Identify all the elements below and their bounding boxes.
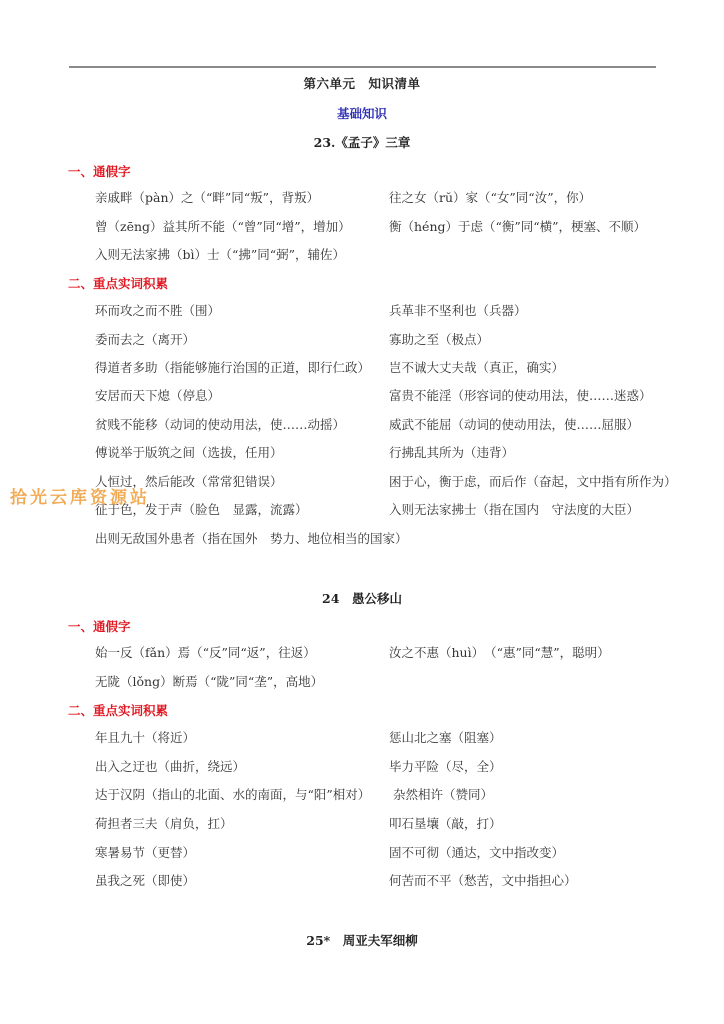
list-item: 入则无法家拂士（指在国内 守法度的大臣） (389, 500, 639, 518)
list-item: 往之女（rŭ）家（“女”同“汝”，你） (389, 188, 591, 206)
list-item: 无陇（lǒng）断焉（“陇”同“垄”，高地） (95, 672, 323, 690)
lesson-heading-25: 25* 周亚夫军细柳 (0, 931, 724, 949)
list-item: 虽我之死（即使） (95, 871, 195, 889)
list-item: 委而去之（离开） (95, 330, 195, 348)
list-item: 何苦而不平（愁苦，文中指担心） (389, 871, 577, 889)
list-item: 贫贱不能移（动词的使动用法，使……动摇） (95, 415, 345, 433)
section-heading: 一、通假字 (68, 617, 131, 635)
list-item: 安居而天下熄（停息） (95, 386, 220, 404)
list-item: 汝之不惠（huì） （“惠”同“慧”，聪明） (389, 643, 610, 661)
section-heading: 一、通假字 (68, 162, 131, 180)
list-item: 曾（zēng）益其所不能（“曾”同“增”，增加） (95, 217, 351, 235)
list-item: 环而攻之而不胜（围） (95, 301, 220, 319)
header-rule (69, 66, 656, 68)
list-item: 行拂乱其所为（违背） (389, 443, 514, 461)
list-item: 威武不能屈（动词的使动用法，使……屈服） (389, 415, 639, 433)
list-item: 固不可彻（通达，文中指改变） (389, 843, 564, 861)
list-item: 杂然相许（赞同） (393, 785, 493, 803)
section-heading: 二、重点实词积累 (68, 701, 168, 719)
list-item: 荷担者三夫（肩负，扛） (95, 814, 233, 832)
list-item: 衡（héng）于虑（“衡”同“横”，梗塞、不顺） (389, 217, 646, 235)
list-item: 出入之迂也（曲折，绕远） (95, 757, 245, 775)
list-item: 达于汉阴（指山的北面、水的南面，与“阳”相对） (95, 785, 370, 803)
list-item: 入则无法家拂（bì）士（“拂”同“弼”，辅佐） (95, 245, 345, 263)
list-item: 亲戚畔（pàn）之（“畔”同“叛”，背叛） (95, 188, 319, 206)
list-item: 兵革非不坚利也（兵器） (389, 301, 527, 319)
page-title: 第六单元 知识清单 (0, 74, 724, 92)
lesson-heading-23: 23.《孟子》三章 (0, 133, 724, 151)
list-item: 寡助之至（极点） (389, 330, 489, 348)
page-subtitle: 基础知识 (0, 104, 724, 122)
list-item: 富贵不能淫（形容词的使动用法，使……迷惑） (389, 386, 652, 404)
list-item: 寒暑易节（更替） (95, 843, 195, 861)
list-item: 惩山北之塞（阻塞） (389, 728, 502, 746)
list-item: 岂不诚大丈夫哉（真正，确实） (389, 358, 564, 376)
list-item: 出则无敌国外患者（指在国外 势力、地位相当的国家） (95, 529, 408, 547)
lesson-heading-24: 24 愚公移山 (0, 589, 724, 607)
section-heading: 二、重点实词积累 (68, 274, 168, 292)
list-item: 叩石垦壤（敲，打） (389, 814, 502, 832)
list-item: 得道者多助（指能够施行治国的正道，即行仁政） (95, 358, 370, 376)
list-item: 始一反（fǎn）焉（“反”同“返”，往返） (95, 643, 316, 661)
list-item: 年且九十（将近） (95, 728, 195, 746)
list-item: 毕力平险（尽，全） (389, 757, 502, 775)
watermark: 拾光云库资源站 (10, 483, 150, 508)
list-item: 困于心，衡于虑，而后作（奋起，文中指有所作为） (389, 472, 677, 490)
list-item: 傅说举于版筑之间（选拔，任用） (95, 443, 283, 461)
